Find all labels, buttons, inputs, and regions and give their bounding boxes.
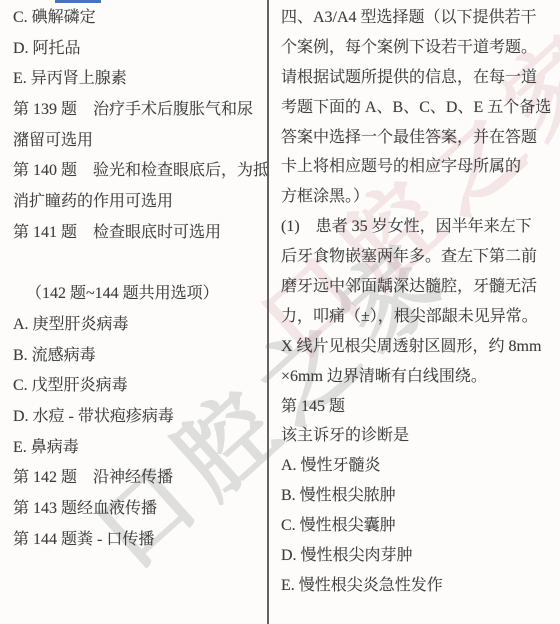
option-d-line: D. 阿托品	[13, 34, 265, 65]
case-1-line-5: X 线片见根尖周透射区圆形，约 8mm	[281, 332, 558, 362]
option-e-line: E. 鼻病毒	[13, 433, 265, 464]
option-b-line: B. 慢性根尖脓肿	[281, 481, 558, 511]
option-c-line: C. 慢性根尖囊肿	[281, 511, 558, 541]
option-e-line: E. 异丙肾上腺素	[13, 64, 265, 95]
exam-document-page: 口腔之家 口腔之家 C. 碘解磷定 D. 阿托品 E. 异丙肾上腺素 第 139…	[0, 0, 560, 624]
top-blue-line	[55, 0, 101, 3]
case-1-line: (1) 患者 35 岁女性，因半年来左下	[281, 212, 558, 242]
option-a-line: A. 慢性牙髓炎	[281, 451, 558, 481]
section-header-line-7: 方框涂黑。）	[281, 182, 558, 212]
column-divider-line	[267, 0, 269, 624]
left-text-column: C. 碘解磷定 D. 阿托品 E. 异丙肾上腺素 第 139 题 治疗手术后腹胀…	[13, 3, 265, 555]
question-145-stem: 该主诉牙的诊断是	[281, 421, 558, 451]
option-e-line: E. 慢性根尖炎急性发作	[281, 571, 558, 601]
option-c-line: C. 戊型肝炎病毒	[13, 371, 265, 402]
option-d-line: D. 慢性根尖肉芽肿	[281, 541, 558, 571]
option-b-line: B. 流感病毒	[13, 341, 265, 372]
shared-options-header: （142 题~144 题共用选项）	[13, 279, 265, 310]
section-header-line-4: 考题下面的 A、B、C、D、E 五个备选	[281, 93, 558, 123]
question-139-line: 第 139 题 治疗手术后腹胀气和尿	[13, 95, 265, 126]
section-header-line-5: 答案中选择一个最佳答案，并在答题	[281, 123, 558, 153]
question-140-line: 第 140 题 验光和检查眼底后，为抵	[13, 156, 265, 187]
right-text-column: 四、A3/A4 型选择题（以下提供若干 个案例，每个案例下设若干道考题。 请根据…	[281, 3, 558, 601]
case-1-line-6: ×6mm 边界清晰有白线围绕。	[281, 362, 558, 392]
section-header-line-2: 个案例，每个案例下设若干道考题。	[281, 33, 558, 63]
case-1-line-4: 力，叩痛（±），根尖部龈未见异常。	[281, 302, 558, 332]
blank-line	[13, 249, 265, 280]
section-header-line-6: 卡上将相应题号的相应字母所属的	[281, 152, 558, 182]
question-141-line: 第 141 题 检查眼底时可选用	[13, 218, 265, 249]
question-144-line: 第 144 题粪 - 口传播	[13, 525, 265, 556]
option-c-line: C. 碘解磷定	[13, 3, 265, 34]
section-header-line: 四、A3/A4 型选择题（以下提供若干	[281, 3, 558, 33]
section-header-line-3: 请根据试题所提供的信息，在每一道	[281, 63, 558, 93]
option-d-line: D. 水痘 - 带状疱疹病毒	[13, 402, 265, 433]
case-1-line-3: 磨牙远中邻面龋深达髓腔，牙髓无活	[281, 272, 558, 302]
question-142-line: 第 142 题 沿神经传播	[13, 463, 265, 494]
case-1-line-2: 后牙食物嵌塞两年多。查左下第二前	[281, 242, 558, 272]
question-140-line-2: 消扩瞳药的作用可选用	[13, 187, 265, 218]
question-145-line: 第 145 题	[281, 392, 558, 422]
question-139-line-2: 潴留可选用	[13, 126, 265, 157]
question-143-line: 第 143 题经血液传播	[13, 494, 265, 525]
option-a-line: A. 庚型肝炎病毒	[13, 310, 265, 341]
